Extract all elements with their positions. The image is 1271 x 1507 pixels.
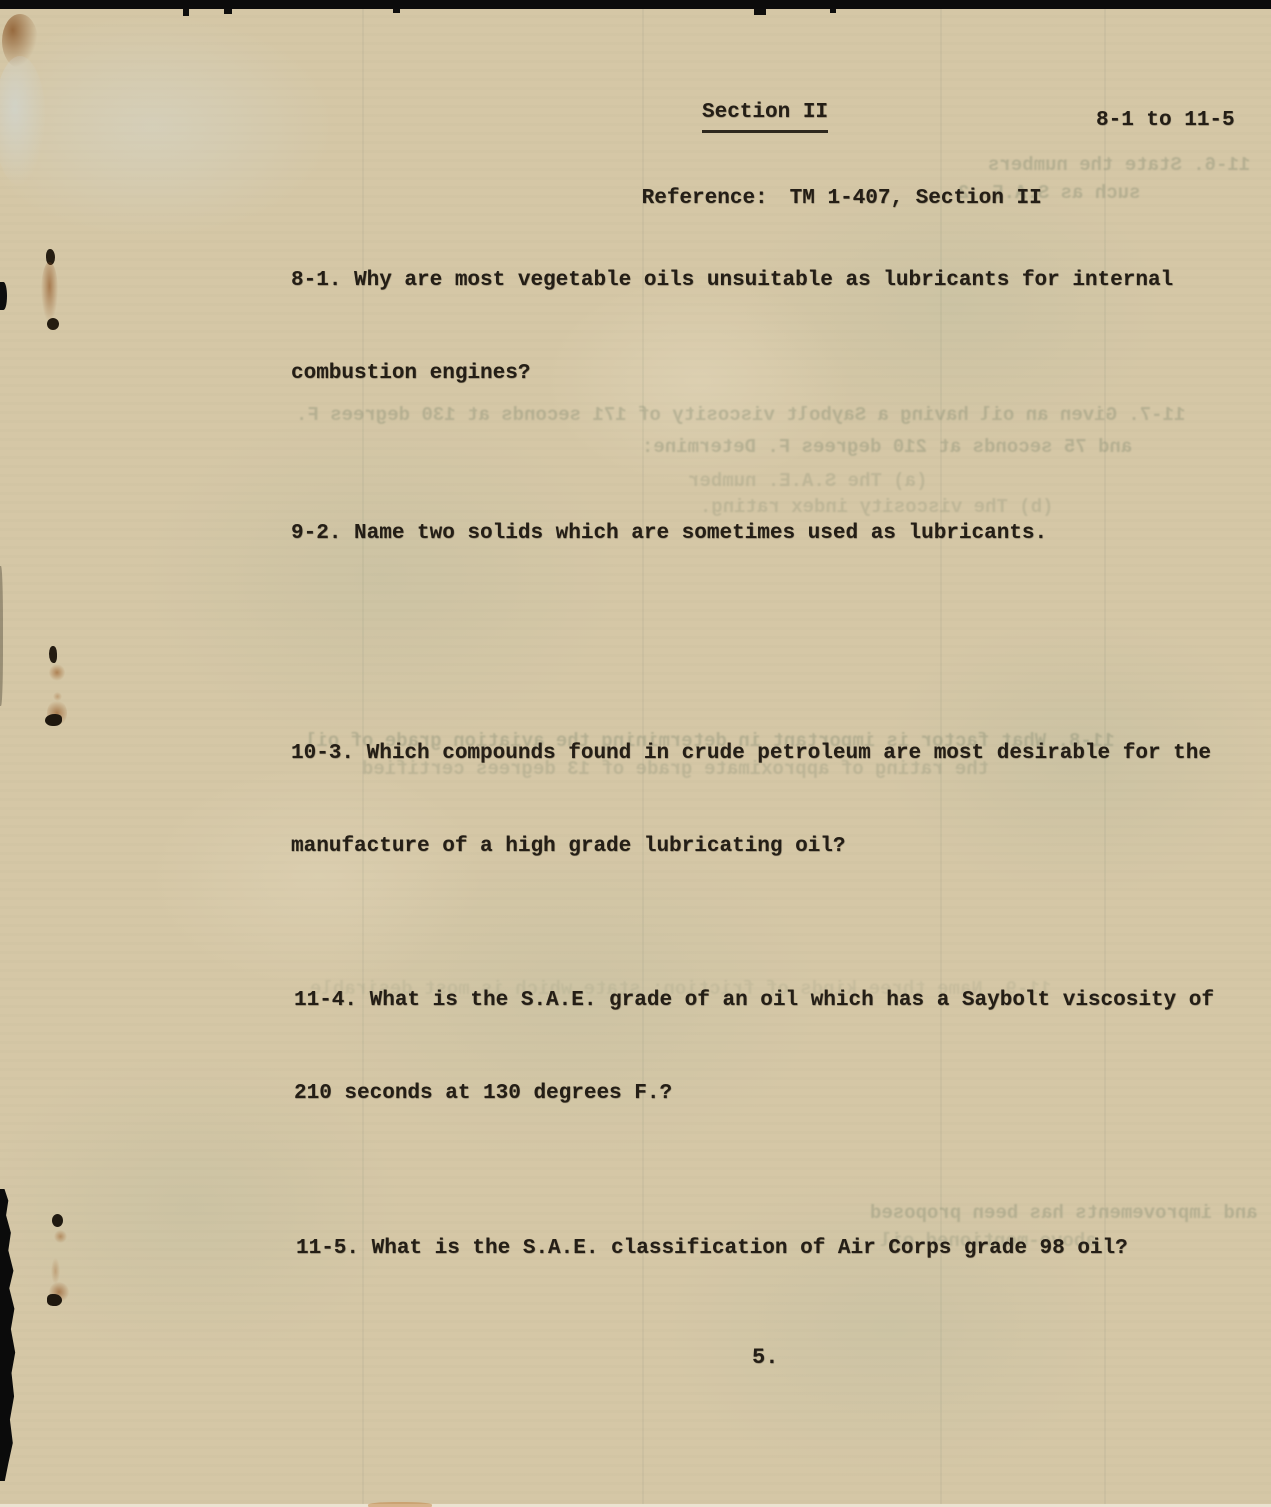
scan-edge-top <box>0 0 1271 9</box>
edge-shadow <box>0 566 3 706</box>
ink-speck <box>49 646 57 663</box>
question-line: 9-2. Name two solids which are sometimes… <box>291 518 1047 549</box>
ink-speck <box>45 714 62 726</box>
pale-patch-top-left <box>0 56 46 186</box>
edge-mark <box>0 282 7 310</box>
page-number: 5. <box>752 1342 778 1373</box>
torn-edge-left <box>0 1189 16 1481</box>
ink-speck <box>47 318 59 330</box>
edge-mark <box>183 9 189 16</box>
question-line: manufacture of a high grade lubricating … <box>291 831 1211 862</box>
question-11-5: 11-5. What is the S.A.E. classification … <box>296 1171 1128 1326</box>
question-line: 210 seconds at 130 degrees F.? <box>294 1078 1214 1109</box>
edge-mark <box>830 9 836 13</box>
question-range: 8-1 to 11-5 <box>1096 105 1235 136</box>
question-line: combustion engines? <box>291 358 1173 389</box>
document-page: 11-6. State the numbers such as S.A.E. 2… <box>0 6 1271 1507</box>
question-line: 11-4. What is the S.A.E. grade of an oil… <box>294 985 1214 1016</box>
rust-dot <box>49 664 65 681</box>
question-11-4: 11-4. What is the S.A.E. grade of an oil… <box>294 923 1214 1171</box>
question-10-3: 10-3. Which compounds found in crude pet… <box>291 676 1211 924</box>
edge-mark <box>393 9 400 13</box>
edge-mark <box>754 9 766 15</box>
question-line: 10-3. Which compounds found in crude pet… <box>291 738 1211 769</box>
section-title: Section II <box>702 97 828 133</box>
rust-smudge <box>41 262 58 322</box>
rust-smudge <box>51 1258 60 1284</box>
edge-mark <box>224 9 232 14</box>
question-8-1: 8-1. Why are most vegetable oils unsuita… <box>291 203 1173 451</box>
ink-speck <box>52 1214 63 1227</box>
rust-dot <box>54 1230 67 1243</box>
scanned-document: 11-6. State the numbers such as S.A.E. 2… <box>0 0 1271 1507</box>
question-line: 8-1. Why are most vegetable oils unsuita… <box>291 265 1173 296</box>
question-line: 11-5. What is the S.A.E. classification … <box>296 1233 1128 1264</box>
edge-mark <box>368 1502 432 1507</box>
question-9-2: 9-2. Name two solids which are sometimes… <box>291 456 1047 611</box>
ink-speck <box>47 1294 62 1306</box>
